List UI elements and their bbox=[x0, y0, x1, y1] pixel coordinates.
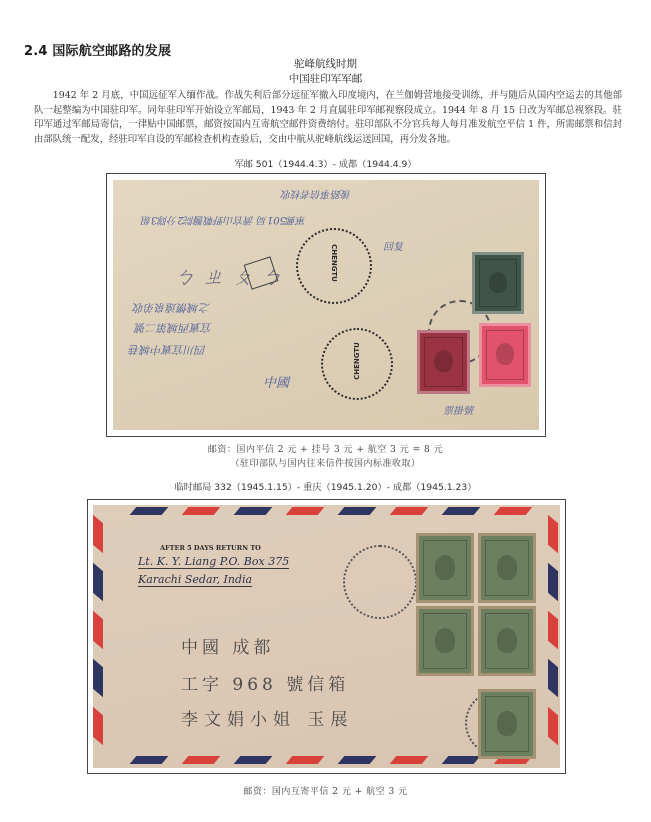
cover-2-stamp-2 bbox=[478, 533, 536, 603]
cover-1-postmark-2: CHENGTU bbox=[321, 328, 393, 400]
cover-1-handwriting-line: 軍郵501局 濟官山野戰醫院2分隊3組 bbox=[141, 214, 306, 229]
airmail-stripe bbox=[442, 507, 481, 515]
airmail-stripe bbox=[234, 507, 273, 515]
return-address-line-2: Karachi Sedar, India bbox=[138, 573, 252, 587]
exhibit-1-frame: 後路事信者枝收 軍郵501局 濟官山野戰醫院2分隊3組 回复 ㄅ ㄓ ㄆ ㄅ 之… bbox=[106, 173, 546, 437]
address-line-1: 中國 成都 bbox=[181, 633, 274, 658]
airmail-stripe bbox=[93, 515, 103, 553]
cover-1-handwriting-small: 回复 bbox=[383, 238, 403, 253]
cover-1-handwriting-top: 後路事信者枝收 bbox=[281, 188, 351, 203]
airmail-stripe bbox=[93, 707, 103, 745]
page-sub-subtitle: 中国驻印军军邮 bbox=[0, 71, 651, 86]
airmail-stripe bbox=[442, 756, 481, 764]
address-line-2: 工字 968 號信箱 bbox=[181, 670, 349, 695]
airmail-stripe bbox=[93, 563, 103, 601]
airmail-stripe bbox=[338, 507, 377, 515]
airmail-stripe bbox=[548, 611, 558, 649]
return-label: AFTER 5 DAYS RETURN TO bbox=[160, 544, 261, 552]
cover-1-handwriting-china: 中國 bbox=[263, 372, 289, 391]
airmail-stripe bbox=[338, 756, 377, 764]
intro-paragraph: 1942 年 2 月底，中国远征军入缅作战。作战失利后部分远征军撤入印度境内，在… bbox=[34, 89, 622, 147]
cover-2-postmark-1 bbox=[343, 545, 417, 619]
airmail-stripe bbox=[93, 659, 103, 697]
airmail-stripe bbox=[548, 659, 558, 697]
exhibit-2-frame: AFTER 5 DAYS RETURN TO Lt. K. Y. Liang P… bbox=[87, 499, 566, 774]
airmail-stripe bbox=[286, 756, 325, 764]
cover-2-stamp-3 bbox=[416, 606, 474, 676]
exhibit-1-note-caption: （驻印部队与国内往来信件按国内标准收取） bbox=[0, 456, 651, 469]
cover-2-envelope: AFTER 5 DAYS RETURN TO Lt. K. Y. Liang P… bbox=[93, 505, 560, 768]
postmark-text: CHENGTU bbox=[330, 227, 338, 299]
airmail-stripe bbox=[93, 611, 103, 649]
postmark-text: CHENGTU bbox=[353, 327, 361, 395]
cover-1-handwriting-left-1: 之城懷遠泉弟收 bbox=[133, 300, 210, 316]
exhibit-2-route-caption: 临时邮局 332（1945.1.15）- 重庆（1945.1.20）- 成都（1… bbox=[0, 479, 651, 493]
cover-2-stamp-4 bbox=[478, 606, 536, 676]
cover-1-handwriting-left-2: 宜賓西城第二號 bbox=[135, 320, 212, 336]
cover-1-envelope: 後路事信者枝收 軍郵501局 濟官山野戰醫院2分隊3組 回复 ㄅ ㄓ ㄆ ㄅ 之… bbox=[113, 180, 539, 430]
cover-1-handwriting-left-3: 四川宜賓中城巷 bbox=[129, 342, 206, 358]
airmail-stripe bbox=[234, 756, 273, 764]
airmail-stripe bbox=[548, 515, 558, 553]
cover-1-postmark-1: CHENGTU bbox=[296, 228, 372, 304]
cover-1-dark-red-stamp bbox=[417, 330, 470, 394]
airmail-border-left bbox=[93, 505, 105, 768]
airmail-border-top bbox=[93, 507, 560, 517]
airmail-stripe bbox=[182, 507, 221, 515]
address-line-3: 李文娟小姐 玉展 bbox=[181, 705, 353, 730]
airmail-stripe bbox=[130, 507, 169, 515]
exhibit-2-postage-caption: 邮资：国内互寄平信 2 元 + 航空 3 元 bbox=[0, 784, 651, 797]
airmail-stripe bbox=[286, 507, 325, 515]
cover-2-stamp-5 bbox=[478, 689, 536, 759]
airmail-stripe bbox=[494, 507, 533, 515]
airmail-border-right bbox=[548, 505, 560, 768]
airmail-stripe bbox=[548, 707, 558, 745]
cover-1-green-stamp bbox=[472, 252, 524, 314]
cover-1-pink-stamp bbox=[479, 323, 531, 387]
airmail-stripe bbox=[390, 507, 429, 515]
airmail-stripe bbox=[182, 756, 221, 764]
airmail-stripe bbox=[390, 756, 429, 764]
cover-2-stamp-1 bbox=[416, 533, 474, 603]
exhibit-1-route-caption: 军邮 501（1944.4.3）- 成都（1944.4.9） bbox=[0, 156, 651, 170]
page-subtitle: 驼峰航线时期 bbox=[0, 56, 651, 71]
airmail-stripe bbox=[548, 563, 558, 601]
exhibit-1-postage-caption: 邮资：国内平信 2 元 + 挂号 3 元 + 航空 3 元 = 8 元 bbox=[0, 442, 651, 455]
airmail-stripe bbox=[130, 756, 169, 764]
return-address-line-1: Lt. K. Y. Liang P.O. Box 375 bbox=[138, 555, 289, 569]
cover-1-handwriting-registered: 票掛號 bbox=[443, 402, 473, 417]
